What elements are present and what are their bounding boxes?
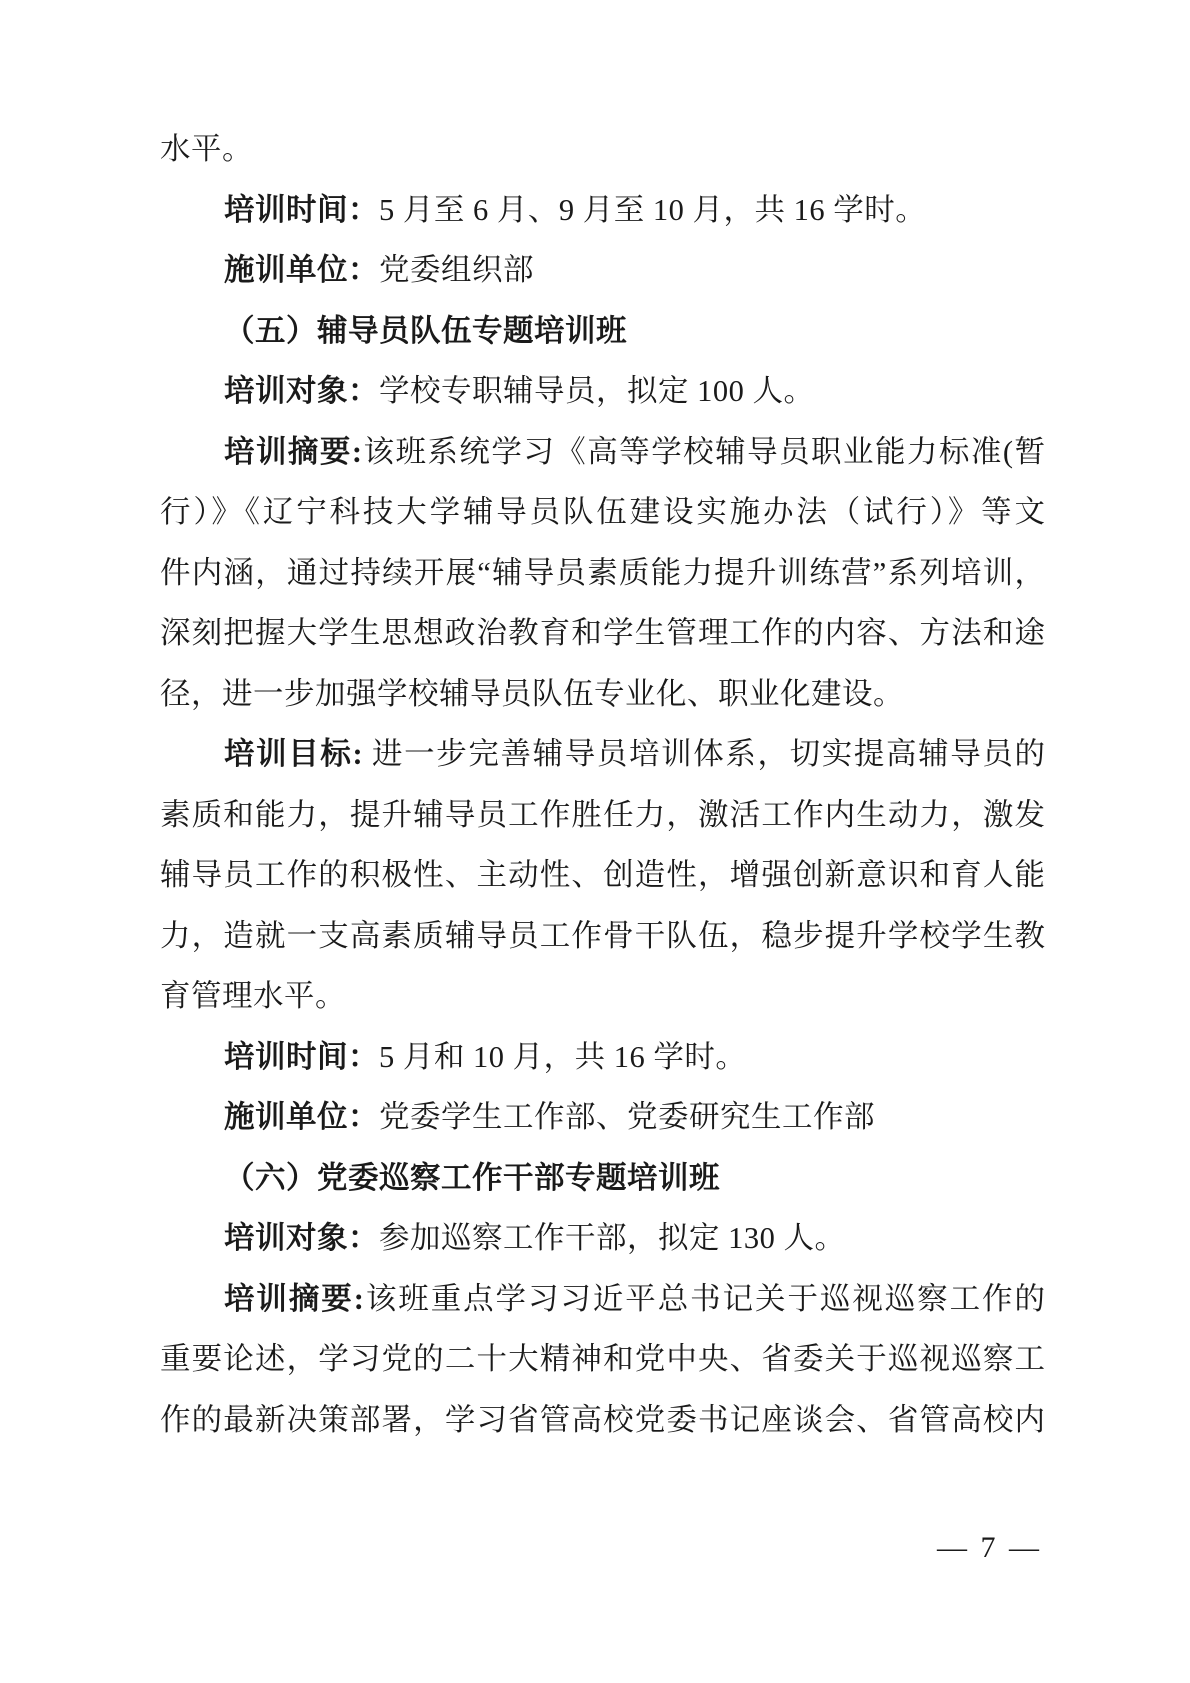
body-text: 素质和能力，提升辅导员工作胜任力，激活工作内生动力，激发 [160, 798, 1045, 832]
label-text: 培训时间： [224, 193, 379, 227]
body-text: 深刻把握大学生思想政治教育和学生管理工作的内容、方法和途 [160, 616, 1045, 650]
body-text: 学校专职辅导员，拟定 100 人。 [379, 374, 815, 408]
body-text: 力，造就一支高素质辅导员工作骨干队伍，稳步提升学校学生教 [160, 919, 1045, 953]
text-line: 件内涵，通过持续开展“辅导员素质能力提升训练营”系列培训， [160, 543, 1045, 604]
body-text: 育管理水平。 [160, 979, 346, 1013]
text-line: 力，造就一支高素质辅导员工作骨干队伍，稳步提升学校学生教 [160, 906, 1045, 967]
text-line: （五）辅导员队伍专题培训班 [160, 301, 1045, 362]
body-text: 参加巡察工作干部，拟定 130 人。 [379, 1221, 846, 1255]
label-text: 培训对象： [224, 1221, 379, 1255]
text-line: （六）党委巡察工作干部专题培训班 [160, 1148, 1045, 1209]
text-line: 作的最新决策部署，学习省管高校党委书记座谈会、省管高校内 [160, 1390, 1045, 1451]
body-text: 该班重点学习习近平总书记关于巡视巡察工作的 [364, 1282, 1045, 1316]
text-line: 培训对象：学校专职辅导员，拟定 100 人。 [160, 361, 1045, 422]
body-text: 径，进一步加强学校辅导员队伍专业化、职业化建设。 [160, 677, 904, 711]
label-text: 培训摘要: [224, 435, 362, 469]
document-page: 水平。培训时间：5 月至 6 月、9 月至 10 月，共 16 学时。施训单位：… [0, 0, 1190, 1683]
page-number: — 7 — [937, 1528, 1042, 1568]
body-text: 水平。 [160, 132, 253, 166]
body-text: 5 月至 6 月、9 月至 10 月，共 16 学时。 [379, 193, 926, 227]
text-line: 培训时间：5 月至 6 月、9 月至 10 月，共 16 学时。 [160, 180, 1045, 241]
body-text: 党委学生工作部、党委研究生工作部 [379, 1100, 875, 1134]
text-line: 培训摘要:该班重点学习习近平总书记关于巡视巡察工作的 [160, 1269, 1045, 1330]
text-line: 重要论述，学习党的二十大精神和党中央、省委关于巡视巡察工 [160, 1329, 1045, 1390]
text-line: 水平。 [160, 119, 1045, 180]
label-text: 培训目标: [224, 737, 372, 771]
label-text: 培训时间： [224, 1040, 379, 1074]
text-line: 培训摘要:该班系统学习《高等学校辅导员职业能力标准(暂 [160, 422, 1045, 483]
text-line: 培训对象：参加巡察工作干部，拟定 130 人。 [160, 1208, 1045, 1269]
text-line: 深刻把握大学生思想政治教育和学生管理工作的内容、方法和途 [160, 603, 1045, 664]
body-text: 辅导员工作的积极性、主动性、创造性，增强创新意识和育人能 [160, 858, 1045, 892]
body-text: 该班系统学习《高等学校辅导员职业能力标准(暂 [362, 435, 1045, 469]
label-text: （五）辅导员队伍专题培训班 [224, 314, 627, 348]
text-line: 培训时间：5 月和 10 月，共 16 学时。 [160, 1027, 1045, 1088]
text-line: 施训单位：党委学生工作部、党委研究生工作部 [160, 1087, 1045, 1148]
text-line: 辅导员工作的积极性、主动性、创造性，增强创新意识和育人能 [160, 845, 1045, 906]
label-text: 培训摘要: [224, 1282, 364, 1316]
body-text: 作的最新决策部署，学习省管高校党委书记座谈会、省管高校内 [160, 1403, 1045, 1437]
text-line: 育管理水平。 [160, 966, 1045, 1027]
body-text: 行）》《辽宁科技大学辅导员队伍建设实施办法（试行）》等文 [160, 495, 1045, 529]
text-line: 行）》《辽宁科技大学辅导员队伍建设实施办法（试行）》等文 [160, 482, 1045, 543]
text-line: 施训单位：党委组织部 [160, 240, 1045, 301]
body-text: 件内涵，通过持续开展“辅导员素质能力提升训练营”系列培训， [160, 556, 1045, 590]
text-line: 素质和能力，提升辅导员工作胜任力，激活工作内生动力，激发 [160, 785, 1045, 846]
label-text: 培训对象： [224, 374, 379, 408]
text-line: 径，进一步加强学校辅导员队伍专业化、职业化建设。 [160, 664, 1045, 725]
page-number-text: — 7 — [937, 1531, 1042, 1564]
body-text: 重要论述，学习党的二十大精神和党中央、省委关于巡视巡察工 [160, 1342, 1045, 1376]
label-text: 施训单位： [224, 253, 379, 287]
body-text: 党委组织部 [379, 253, 534, 287]
text-line: 培训目标: 进一步完善辅导员培训体系，切实提高辅导员的 [160, 724, 1045, 785]
label-text: 施训单位： [224, 1100, 379, 1134]
body-text: 进一步完善辅导员培训体系，切实提高辅导员的 [372, 737, 1045, 771]
document-body: 水平。培训时间：5 月至 6 月、9 月至 10 月，共 16 学时。施训单位：… [160, 119, 1045, 1450]
body-text: 5 月和 10 月，共 16 学时。 [379, 1040, 746, 1074]
label-text: （六）党委巡察工作干部专题培训班 [224, 1161, 720, 1195]
